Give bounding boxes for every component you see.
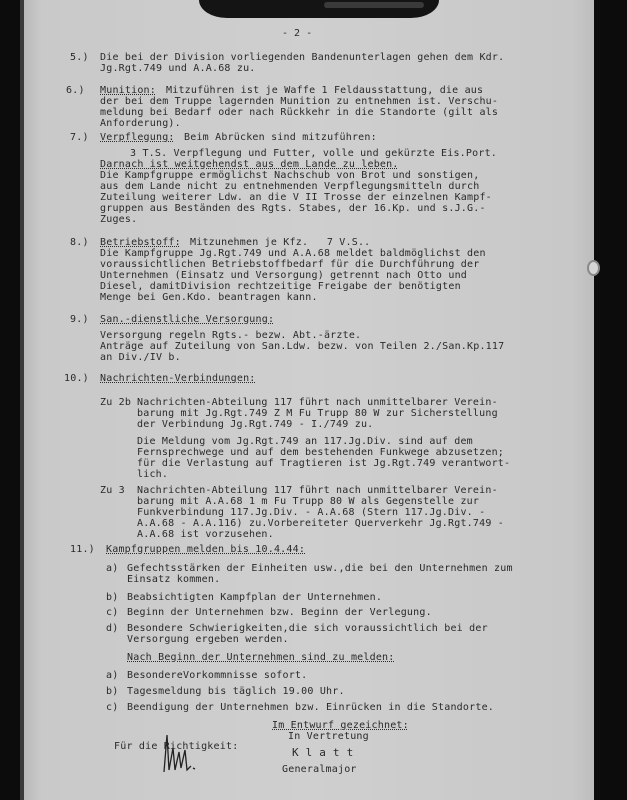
section-10-line: Funkverbindung 117.Jg.Div. - A.A.68 (Ste… — [137, 507, 485, 518]
list-item: Gefechtsstärken der Einheiten usw.,die b… — [127, 563, 513, 574]
list-item: Beginn der Unternehmen bzw. Beginn der V… — [127, 607, 432, 618]
section-7-line: aus dem Lande nicht zu entnehmenden Verp… — [100, 181, 479, 192]
section-8-heading: Betriebstoff: — [100, 237, 181, 248]
section-10-sub-label: Zu 3 — [100, 485, 125, 496]
binder-clip-highlight — [324, 2, 424, 8]
list-item: Beabsichtigten Kampfplan der Unternehmen… — [127, 592, 382, 603]
list-label: b) — [106, 592, 118, 603]
list-label: b) — [106, 686, 118, 697]
list-item: Beendigung der Unternehmen bzw. Einrücke… — [127, 702, 494, 713]
section-10-sub-label: Zu 2b — [100, 397, 131, 408]
section-10-heading: Nachrichten-Verbindungen: — [100, 373, 256, 384]
section-10-line: Die Meldung vom Jg.Rgt.749 an 117.Jg.Div… — [137, 436, 473, 447]
section-6-line: Mitzuführen ist je Waffe 1 Feldausstattu… — [166, 85, 483, 96]
section-10-line: für die Verlastung auf Tragtieren ist Jg… — [137, 458, 510, 469]
section-5-line: Jg.Rgt.749 und A.A.68 zu. — [100, 63, 256, 74]
draft-signed-label: Im Entwurf gezeichnet: — [272, 720, 409, 731]
list-label: d) — [106, 623, 118, 634]
section-11-number: 11.) — [70, 544, 95, 555]
section-7-number: 7.) — [70, 132, 89, 143]
section-10-line: A.A.68 ist vorzusehen. — [137, 529, 274, 540]
section-8-line: Menge bei Gen.Kdo. beantragen kann. — [100, 292, 318, 303]
section-9-line: Versorgung regeln Rgts.- bezw. Abt.-ärzt… — [100, 330, 361, 341]
section-7-heading: Verpflegung: — [100, 132, 175, 143]
list-item: BesondereVorkommnisse sofort. — [127, 670, 307, 681]
section-10-line: Nachrichten-Abteilung 117 führt nach unm… — [137, 485, 498, 496]
list-label: c) — [106, 702, 118, 713]
list-item: Besondere Schwierigkeiten,die sich vorau… — [127, 623, 488, 634]
punch-hole — [587, 260, 600, 276]
section-7-line: Darnach ist weitgehendst aus dem Lande z… — [100, 159, 399, 170]
list-item: Tagesmeldung bis täglich 19.00 Uhr. — [127, 686, 345, 697]
section-6-number: 6.) — [66, 85, 85, 96]
section-8-line: Diesel, damitDivision rechtzeitige Freig… — [100, 281, 461, 292]
document-page: - 2 - 5.) Die bei der Division vorliegen… — [24, 0, 594, 800]
section-8-line: voraussichtlichen Betriebstoffbedarf für… — [100, 259, 479, 270]
section-6-heading: Munition: — [100, 85, 156, 96]
signatory-rank: Generalmajor — [282, 764, 357, 775]
section-11-subheading: Nach Beginn der Unternehmen sind zu meld… — [127, 652, 394, 663]
section-6-line: Anforderung). — [100, 118, 181, 129]
section-8-number: 8.) — [70, 237, 89, 248]
section-8-line: Mitzunehmen je Kfz. 7 V.S.. — [190, 237, 370, 248]
section-7-line: Zuteilung weiterer Ldw. an die V II Tros… — [100, 192, 492, 203]
section-7-line: Zuges. — [100, 214, 137, 225]
handwritten-signature-icon — [159, 730, 209, 775]
section-8-line: Unternehmen (Einsatz und Versorgung) get… — [100, 270, 467, 281]
section-9-number: 9.) — [70, 314, 89, 325]
section-7-line: Beim Abrücken sind mitzuführen: — [184, 132, 377, 143]
section-10-line: der Verbindung Jg.Rgt.749 - I./749 zu. — [137, 419, 373, 430]
section-8-line: Die Kampfgruppe Jg.Rgt.749 und A.A.68 me… — [100, 248, 486, 259]
page-number: - 2 - — [282, 28, 312, 39]
section-10-line: Fernsprechwege und auf dem bestehenden F… — [137, 447, 504, 458]
section-7-line: 3 T.S. Verpflegung und Futter, volle und… — [130, 148, 497, 159]
section-10-line: lich. — [137, 469, 168, 480]
section-10-line: Nachrichten-Abteilung 117 führt nach unm… — [137, 397, 498, 408]
section-10-number: 10.) — [64, 373, 89, 384]
section-5-number: 5.) — [70, 52, 89, 63]
section-7-line: Die Kampfgruppe ermöglichst Nachschub vo… — [100, 170, 479, 181]
section-9-heading: San.-dienstliche Versorgung: — [100, 314, 274, 325]
section-10-line: barung mit Jg.Rgt.749 Z M Fu Trupp 80 W … — [137, 408, 498, 419]
section-5-line: Die bei der Division vorliegenden Banden… — [100, 52, 504, 63]
section-10-line: barung mit A.A.68 1 m Fu Trupp 80 W als … — [137, 496, 479, 507]
section-6-line: meldung bei Bedarf oder nach Rückkehr in… — [100, 107, 498, 118]
section-9-line: Anträge auf Zuteilung von San.Ldw. bezw.… — [100, 341, 504, 352]
section-11-heading: Kampfgruppen melden bis 10.4.44: — [106, 544, 305, 555]
section-7-line: gruppen aus Beständen des Rgts. Stabes, … — [100, 203, 486, 214]
representation-label: In Vertretung — [288, 731, 369, 742]
list-label: a) — [106, 563, 118, 574]
list-label: a) — [106, 670, 118, 681]
list-label: c) — [106, 607, 118, 618]
list-item: Einsatz kommen. — [127, 574, 220, 585]
signatory-name: K l a t t — [292, 747, 353, 758]
section-6-line: der bei dem Truppe lagernden Munition zu… — [100, 96, 498, 107]
section-10-line: A.A.68 - A.A.116) zu.Vorbereiteter Querv… — [137, 518, 504, 529]
list-item: Versorgung ergeben werden. — [127, 634, 289, 645]
section-9-line: an Div./IV b. — [100, 352, 181, 363]
